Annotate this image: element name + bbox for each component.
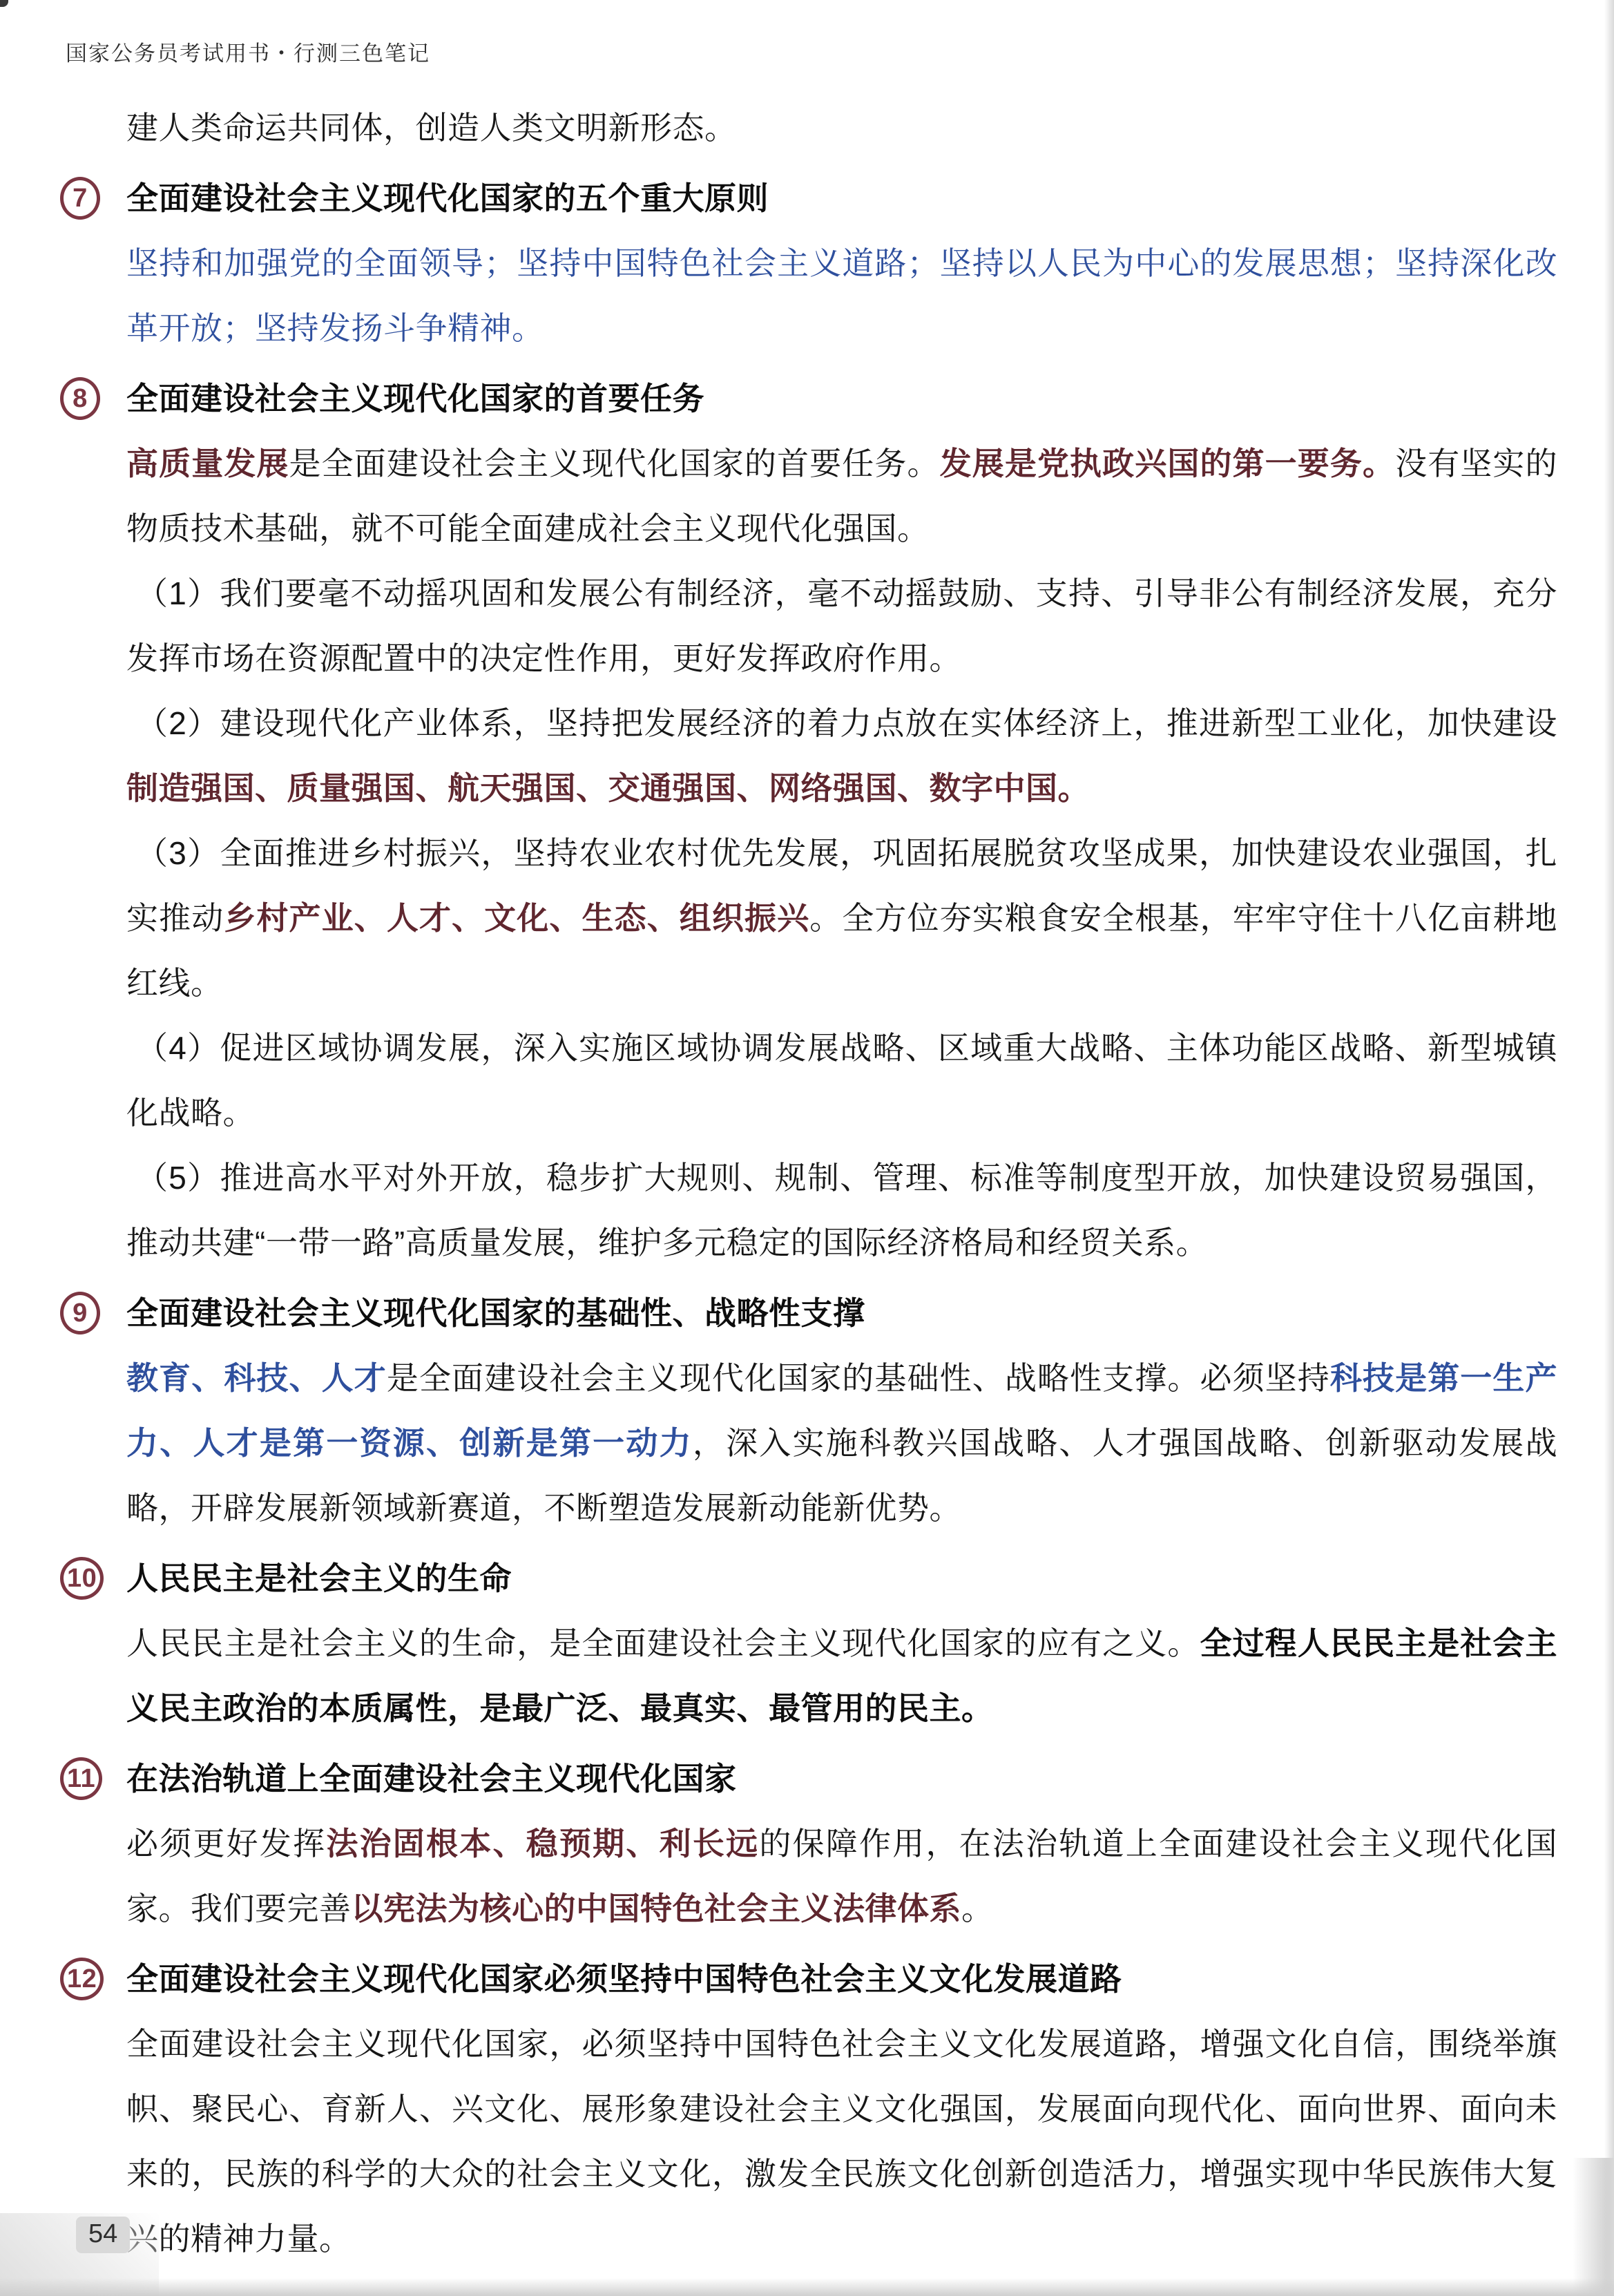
text-run: （2）建设现代化产业体系，坚持把发展经济的着力点放在实体经济上，推进新型工业化，… [136,705,1557,741]
text-run: 教育、科技、人才 [126,1360,387,1396]
text-run: 建人类命运共同体，创造人类文明新形态。 [126,110,737,146]
circled-number-icon: 7 [60,177,100,220]
paragraph: 坚持和加强党的全面领导；坚持中国特色社会主义道路；坚持以人民为中心的发展思想；坚… [126,231,1557,361]
text-run: 以宪法为核心的中国特色社会主义法律体系 [352,1891,962,1926]
paragraph: （1）我们要毫不动摇巩固和发展公有制经济，毫不动摇鼓励、支持、引导非公有制经济发… [126,561,1557,691]
section-title-text: 全面建设社会主义现代化国家必须坚持中国特色社会主义文化发展道路 [126,1961,1122,1997]
scan-edge-bottom [0,2278,1614,2296]
text-run: 制造强国、质量强国、航天强国、交通强国、网络强国、数字中国。 [126,770,1090,806]
paragraph: 全面建设社会主义现代化国家，必须坚持中国特色社会主义文化发展道路，增强文化自信，… [126,2011,1557,2271]
section-title: 11在法治轨道上全面建设社会主义现代化国家 [126,1746,1557,1811]
section-title: 7全面建设社会主义现代化国家的五个重大原则 [126,166,1557,231]
circled-number-icon: 9 [60,1292,100,1334]
paragraph: 建人类命运共同体，创造人类文明新形态。 [126,95,1557,160]
text-run: 是全面建设社会主义现代化国家的首要任务。 [289,446,940,481]
section-title: 10人民民主是社会主义的生命 [126,1546,1557,1611]
paragraph: 教育、科技、人才是全面建设社会主义现代化国家的基础性、战略性支撑。必须坚持科技是… [126,1346,1557,1540]
paragraph: （5）推进高水平对外开放，稳步扩大规则、规制、管理、标准等制度型开放，加快建设贸… [126,1145,1557,1275]
text-run: （1）我们要毫不动摇巩固和发展公有制经济，毫不动摇鼓励、支持、引导非公有制经济发… [126,575,1557,676]
section-title: 9全面建设社会主义现代化国家的基础性、战略性支撑 [126,1281,1557,1346]
text-run: 必须更好发挥 [126,1826,326,1862]
text-run: 高质量发展 [126,446,289,481]
section-title-text: 人民民主是社会主义的生命 [126,1560,512,1596]
text-run: 全面建设社会主义现代化国家，必须坚持中国特色社会主义文化发展道路，增强文化自信，… [126,2026,1557,2257]
text-run: （4）促进区域协调发展，深入实施区域协调发展战略、区域重大战略、主体功能区战略、… [126,1030,1557,1131]
section-title: 12全面建设社会主义现代化国家必须坚持中国特色社会主义文化发展道路 [126,1946,1557,2011]
section-title: 8全面建设社会主义现代化国家的首要任务 [126,366,1557,431]
circled-number-icon: 10 [60,1557,104,1600]
paragraph: （4）促进区域协调发展，深入实施区域协调发展战略、区域重大战略、主体功能区战略、… [126,1015,1557,1145]
section-7: 7全面建设社会主义现代化国家的五个重大原则坚持和加强党的全面领导；坚持中国特色社… [126,166,1557,361]
scan-shadow-bottom-right [1573,2158,1614,2296]
page-number: 54 [76,2217,130,2253]
section-9: 9全面建设社会主义现代化国家的基础性、战略性支撑教育、科技、人才是全面建设社会主… [126,1281,1557,1540]
text-run: 是全面建设社会主义现代化国家的基础性、战略性支撑。必须坚持 [387,1360,1330,1396]
paragraph: 高质量发展是全面建设社会主义现代化国家的首要任务。发展是党执政兴国的第一要务。没… [126,431,1557,561]
section-10: 10人民民主是社会主义的生命人民民主是社会主义的生命，是全面建设社会主义现代化国… [126,1546,1557,1741]
book-header: 国家公务员考试用书・行测三色笔记 [66,36,430,67]
section-title-text: 在法治轨道上全面建设社会主义现代化国家 [126,1761,737,1797]
section-title-text: 全面建设社会主义现代化国家的五个重大原则 [126,180,769,216]
scan-corner-mark [0,0,8,7]
text-run: 人民民主是社会主义的生命，是全面建设社会主义现代化国家的应有之义。 [126,1625,1200,1661]
paragraph: （2）建设现代化产业体系，坚持把发展经济的着力点放在实体经济上，推进新型工业化，… [126,691,1557,821]
text-run: 发展是党执政兴国的第一要务。 [940,446,1395,481]
text-run: 坚持和加强党的全面领导；坚持中国特色社会主义道路；坚持以人民为中心的发展思想；坚… [126,245,1557,346]
paragraph: 人民民主是社会主义的生命，是全面建设社会主义现代化国家的应有之义。全过程人民民主… [126,1611,1557,1741]
section-8: 8全面建设社会主义现代化国家的首要任务高质量发展是全面建设社会主义现代化国家的首… [126,366,1557,1275]
section-11: 11在法治轨道上全面建设社会主义现代化国家必须更好发挥法治固根本、稳预期、利长远… [126,1746,1557,1941]
circled-number-icon: 8 [60,377,100,420]
scan-edge-right [1604,0,1614,2296]
text-run: 。 [961,1891,994,1926]
section-title-text: 全面建设社会主义现代化国家的首要任务 [126,381,704,417]
text-run: 法治固根本、稳预期、利长远 [326,1826,759,1862]
section-title-text: 全面建设社会主义现代化国家的基础性、战略性支撑 [126,1295,865,1331]
paragraph: （3）全面推进乡村振兴，坚持农业农村优先发展，巩固拓展脱贫攻坚成果，加快建设农业… [126,821,1557,1015]
circled-number-icon: 12 [60,1958,104,2000]
paragraph: 必须更好发挥法治固根本、稳预期、利长远的保障作用，在法治轨道上全面建设社会主义现… [126,1811,1557,1941]
text-run: （5）推进高水平对外开放，稳步扩大规则、规制、管理、标准等制度型开放，加快建设贸… [126,1160,1557,1261]
section-12: 12全面建设社会主义现代化国家必须坚持中国特色社会主义文化发展道路全面建设社会主… [126,1946,1557,2271]
content: 建人类命运共同体，创造人类文明新形态。7全面建设社会主义现代化国家的五个重大原则… [126,95,1557,2271]
text-run: 乡村产业、人才、文化、生态、组织振兴 [224,900,809,936]
circled-number-icon: 11 [60,1757,102,1800]
